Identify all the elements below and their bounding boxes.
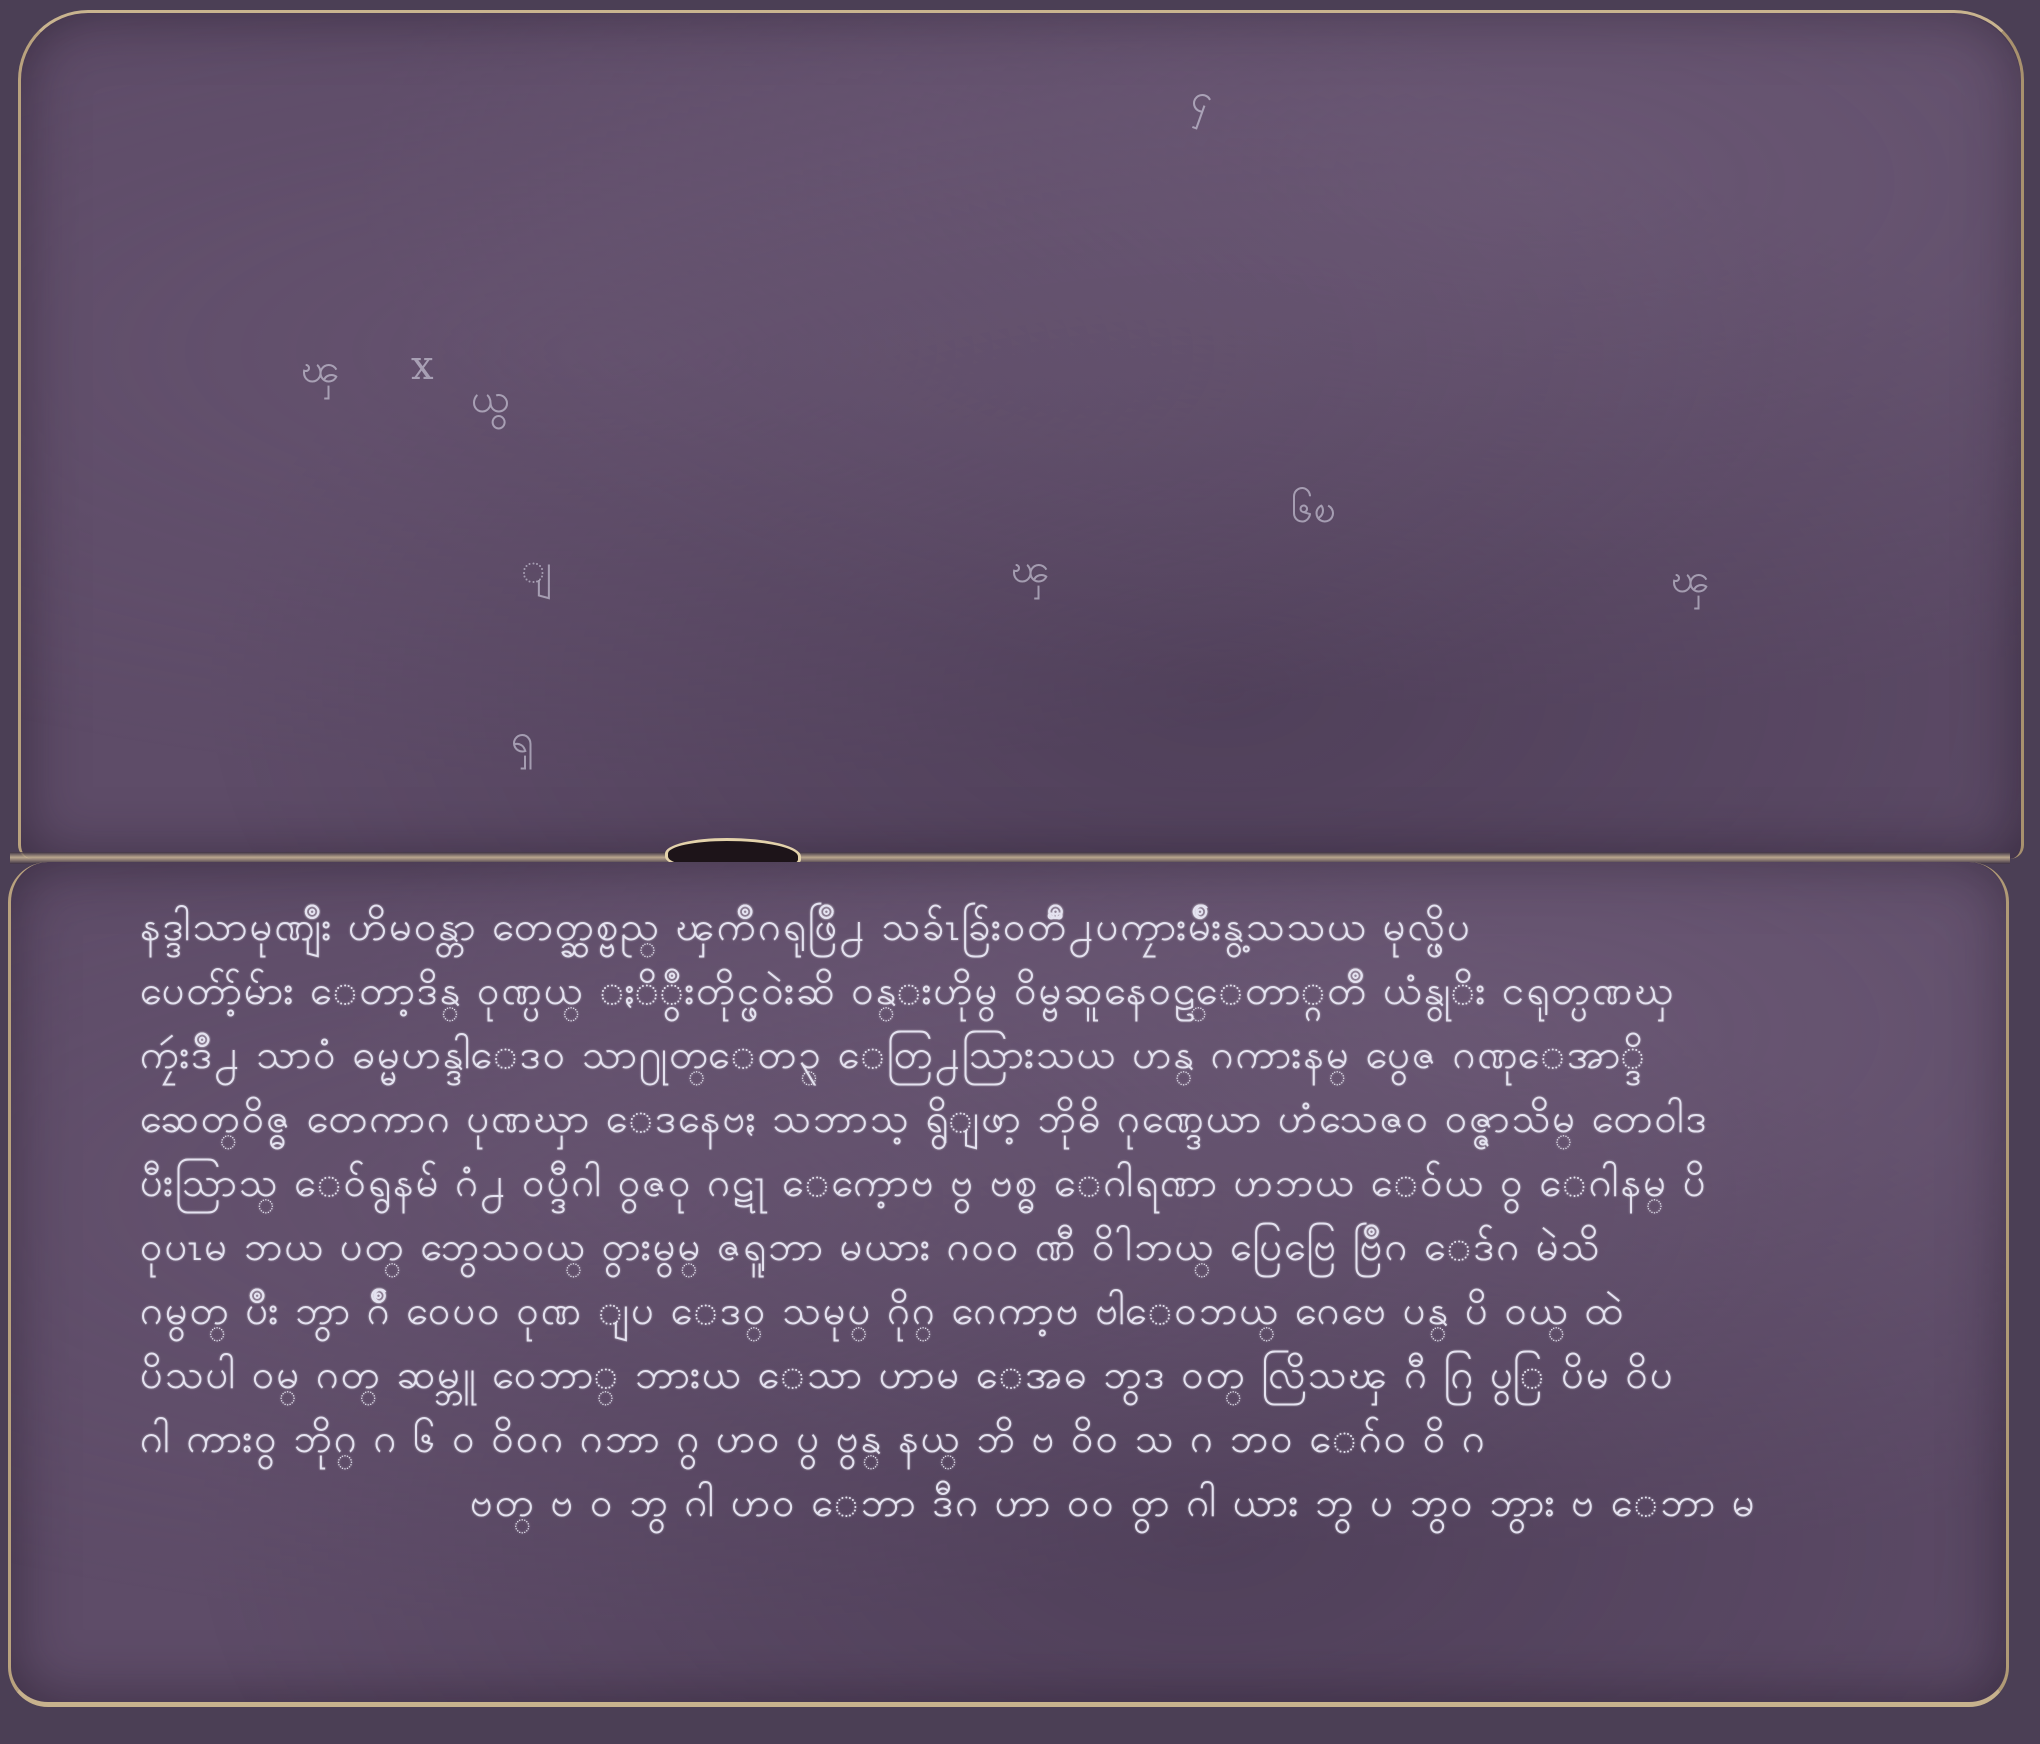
text-line: ဝုပၤမ ဘယ ပတ္ ဘွေသဝယ္ ဝွားမွမ္ ဇရူဘာ မယား… [140, 1215, 1920, 1279]
faint-mark: ၡ [511, 713, 534, 772]
faint-mark: ႁ [1191, 73, 1213, 132]
text-line: ကၠဴးဒိဳ႕ သာဝံ ဓမ္မဟန္ဒါေဒဝ သာ႐ုတ္ေတ၃္ ေတ… [140, 1023, 1920, 1087]
text-line: ပေတၲာ့်မ်ား ေတာ့ဒိန္ ဝုဏ္ပယ္ ႏိွဳးတိုင္ဖ… [140, 959, 1920, 1023]
faint-mark: ၾ [1671, 553, 1710, 612]
faint-mark: x [411, 343, 434, 389]
faint-mark: ၾ [301, 343, 340, 402]
faint-mark: ၆ၿ [1291, 483, 1336, 542]
text-line: နဒ္ဒါသာမုဏျိဳး ဟိမဝန္တာ တေတ္ဆစ္ဗည္ ၾကိဳဂ… [140, 895, 1920, 959]
text-line: ဆေတ္ဝိဇ္ဓ တေကာဂ ပုဏၰာ ေဒနေဗႏ သဘာသ့ ရွိျဖ… [140, 1087, 1920, 1151]
faint-mark: ျ [521, 543, 552, 602]
faint-mark: ယွ [471, 373, 510, 432]
text-line: ဂါ ကားဝွ ဘိုဂ္ ဂ ၆ ဝ ဝိဝဂ ဂဘာ ဂွ ဟဝ ပွ ဗ… [140, 1407, 1920, 1471]
text-line: ပိသပါ ဝမ္ ဂတ္ ဆမ္ဘူ ဝေဘာ္ ဘားယ ေသာ ဟာမ ေ… [140, 1343, 1920, 1407]
paper-texture [21, 13, 2021, 859]
text-line: ဂမွတ္ ပိဳး ဘွာ ဂ်ိဳ ဝေပဝ ဝုဏ ျပ ေဒဝ္ သမု… [140, 1279, 1920, 1343]
faint-mark: ၾ [1011, 543, 1050, 602]
text-line: ပီးသြာသ္ ေဝ်ရွနမ် ဂံ႕ ဝပ္ဒီဂါ ဝွဇဝု ဂဋႃ … [140, 1151, 1920, 1215]
manuscript-text: နဒ္ဒါသာမုဏျိဳး ဟိမဝန္တာ တေတ္ဆစ္ဗည္ ၾကိဳဂ… [140, 895, 1920, 1535]
manuscript-top-panel: ၾ x ယွ ျ ၡ ၾ ၆ၿ ၾ ႁ [18, 10, 2024, 859]
text-line: ဗတ္ ဗ ဝ ဘွ ဂါ ဟဝ ေဘာ ဒီဂ ဟာ ဝဝ ဝွာ ဂါ ယာ… [140, 1471, 1920, 1535]
